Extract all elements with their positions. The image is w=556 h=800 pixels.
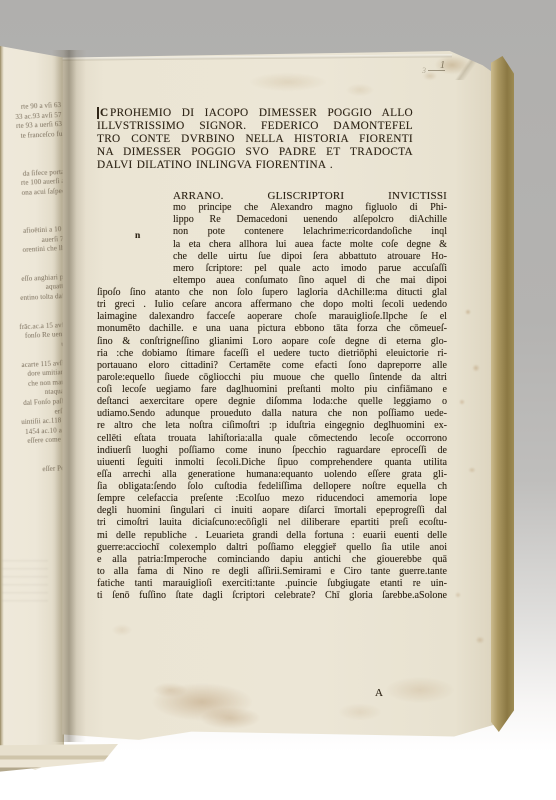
body-line: ſino & conſtrigneſſino glianimi Loro aop…	[97, 336, 447, 348]
body-line: eltempo auea conſumato ſino aquel di che…	[173, 275, 447, 287]
folio-number: 1	[440, 60, 445, 71]
body-line: re altro che leta noſtra ciſimoſtri :p i…	[97, 420, 447, 432]
vellum-cover-edge-right	[491, 56, 514, 732]
body-line: cellēti eſtata trouata lahiſtoria:alla q…	[97, 433, 447, 445]
heading-line: DALVI DILATINO INLINGVA FIORENTINA .	[97, 159, 413, 172]
capitulum-mark: C	[97, 107, 108, 119]
body-line: uiuenti ſeguiti inmolti ſecoli.Diche ſip…	[97, 457, 447, 469]
body-line: laimagine dalexandro facceſe aoperare ch…	[97, 311, 447, 323]
body-line: ſempre celefaccia preſente :Ecolſuo mezo…	[97, 493, 447, 505]
body-line: ſia obligata:ſendo ſolo cuſtodia fedeliſ…	[97, 481, 447, 493]
signature-mark: A	[375, 687, 383, 699]
body-line: la eta chera allhora lui auea facte molt…	[173, 239, 447, 251]
body-line: udiamo.Sendo adunque proueduto dalla nat…	[97, 408, 447, 420]
body-line: ARRANO. GLISCRIPTORI INVICTISSI	[173, 190, 447, 202]
body-line: mi delle republiche . Leuarieta grandi d…	[97, 530, 447, 542]
body-line: parole:equello ſiuede cōgliocchi piu muo…	[97, 372, 447, 384]
body-line: mo principe che Alexandro magno figluolo…	[173, 202, 447, 214]
body-line: deſtanci aexercitare opere degnie diſomm…	[97, 396, 447, 408]
body-line: lippo Re Demacedoni uenendo alſepolcro d…	[173, 214, 447, 226]
body-line: tri greci . Iulio ceſare ancora afferman…	[97, 299, 447, 311]
guide-letter: n	[135, 230, 140, 242]
body-line: degli huomini ſingulari ci inuiti aopare…	[97, 505, 447, 517]
body-line: portauano eloro cittadini? Certamēte com…	[97, 360, 447, 372]
page-text: C PROHEMIO DI IACOPO DIMESSER POGGIO ALL…	[97, 107, 447, 602]
body-line: ria :che dobiamo ſtimare faceſſi el uede…	[97, 348, 447, 360]
body-line: indiuerſi luoghi poſſiamo come inuno ſpe…	[97, 445, 447, 457]
body-line: tri cimoſtri lauita diciaſcuno:ecōſigli …	[97, 517, 447, 529]
body-line: ti ſenō fuſſino ſtate dagli ſcriptori ce…	[97, 590, 447, 602]
gutter-shadow	[52, 50, 86, 742]
heading-line: ILLVSTRISSIMO SIGNOR. FEDERICO DAMONTEFE…	[97, 120, 413, 133]
photo-background: rte 90 a vſi 6333 ac.93 avſi 57rte 93 a …	[0, 0, 556, 800]
prohemio-heading: C PROHEMIO DI IACOPO DIMESSER POGGIO ALL…	[97, 107, 413, 172]
body-line: coſi lecoſe uegiamo fare daglhuomini pre…	[97, 384, 447, 396]
body-line: e alla patria:Imperoche cominciando dapi…	[97, 554, 447, 566]
showthrough-text	[2, 560, 48, 604]
body-line: che delle uirtu ſue dipoi ſera abbattuto…	[173, 251, 447, 263]
body-line: fatiche tanti marauiglioſi exerciti:tant…	[97, 578, 447, 590]
heading-line: PROHEMIO DI IACOPO DIMESSER POGGIO ALLO	[97, 107, 413, 120]
body-line: guerre:acciochī colexemplo daltri poſſia…	[97, 542, 447, 554]
full-width-block: ſipoſo ſino atanto che non ſolo ſupero l…	[97, 287, 447, 602]
body-line: monumēto dachille. e una uana pictura eb…	[97, 323, 447, 335]
heading-line: TRO CONTE DVRBINO NELLA HISTORIA FIORENT…	[97, 133, 413, 146]
body-line: ſipoſo ſino atanto che non ſolo ſupero l…	[97, 287, 447, 299]
indented-block: ARRANO. GLISCRIPTORI INVICTISSImo princi…	[173, 190, 447, 287]
body-line: non pote contenere lelachrime:ricordando…	[173, 226, 447, 238]
body-line: eſſa arrechi alla generatione humana:equ…	[97, 469, 447, 481]
heading-line: NA DIMESSER POGGIO SVO PADRE ET TRADOCTA	[97, 146, 413, 159]
handwritten-mark: 3	[422, 66, 426, 75]
body-paragraph: n ARRANO. GLISCRIPTORI INVICTISSImo prin…	[97, 190, 447, 602]
body-line: mero ſcriptore: pel quale acto imodo par…	[173, 263, 447, 275]
body-line: to alla fama di Nino re degli aſſirii.Se…	[97, 566, 447, 578]
page-stack-bottom-left	[0, 744, 118, 774]
